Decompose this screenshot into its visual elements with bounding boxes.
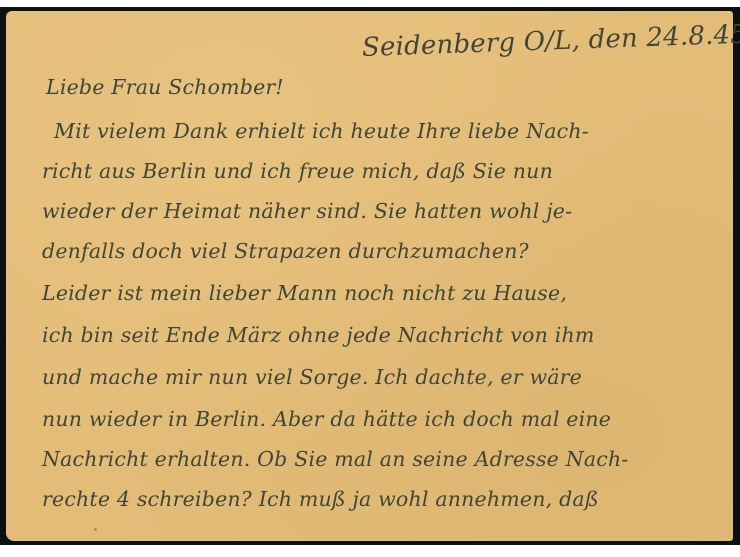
scan-border: Seidenberg O/L, den 24.8.45 Liebe Frau S…: [0, 7, 740, 545]
body-line: denfalls doch viel Strapazen durchzumach…: [42, 239, 529, 263]
dateline: Seidenberg O/L, den 24.8.45: [361, 20, 740, 63]
body-line: nun wieder in Berlin. Aber da hätte ich …: [42, 407, 611, 431]
body-line: Nachricht erhalten. Ob Sie mal an seine …: [42, 447, 629, 471]
body-line: und mache mir nun viel Sorge. Ich dachte…: [42, 365, 582, 389]
body-line: rechte 4 schreiben? Ich muß ja wohl anne…: [42, 487, 599, 511]
salutation: Liebe Frau Schomber!: [46, 75, 284, 99]
body-line: Leider ist mein lieber Mann noch nicht z…: [42, 281, 567, 305]
body-line: wieder der Heimat näher sind. Sie hatten…: [42, 199, 572, 223]
body-line: Mit vielem Dank erhielt ich heute Ihre l…: [54, 119, 589, 143]
postcard: Seidenberg O/L, den 24.8.45 Liebe Frau S…: [6, 11, 733, 541]
body-line: richt aus Berlin und ich freue mich, daß…: [42, 159, 553, 183]
body-line: ich bin seit Ende März ohne jede Nachric…: [42, 323, 595, 347]
paper-speck: [94, 528, 97, 531]
